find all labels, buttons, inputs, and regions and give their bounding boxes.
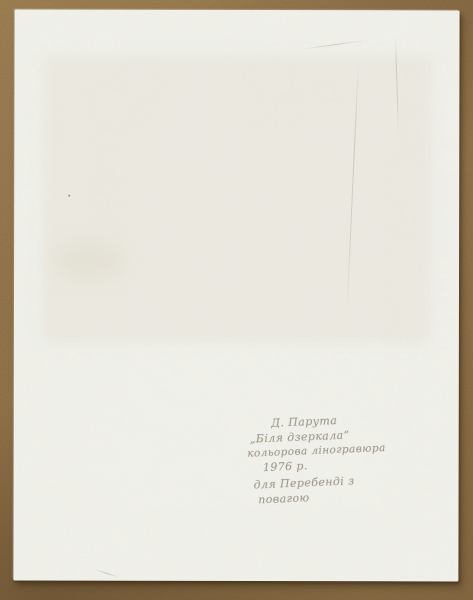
paper-sheet-verso: Д. Парута „Біля дзеркала“ кольорова ліно…: [13, 10, 459, 582]
paper-stain: [54, 240, 124, 280]
paper-speck: [68, 195, 70, 197]
pencil-inscription: Д. Парута „Біля дзеркала“ кольорова ліно…: [246, 411, 420, 508]
crease-mark: [301, 40, 368, 50]
crease-mark: [94, 569, 119, 578]
photo-print-verso: Д. Парута „Біля дзеркала“ кольорова ліно…: [0, 0, 473, 600]
print-showthrough-stain: [42, 54, 433, 345]
